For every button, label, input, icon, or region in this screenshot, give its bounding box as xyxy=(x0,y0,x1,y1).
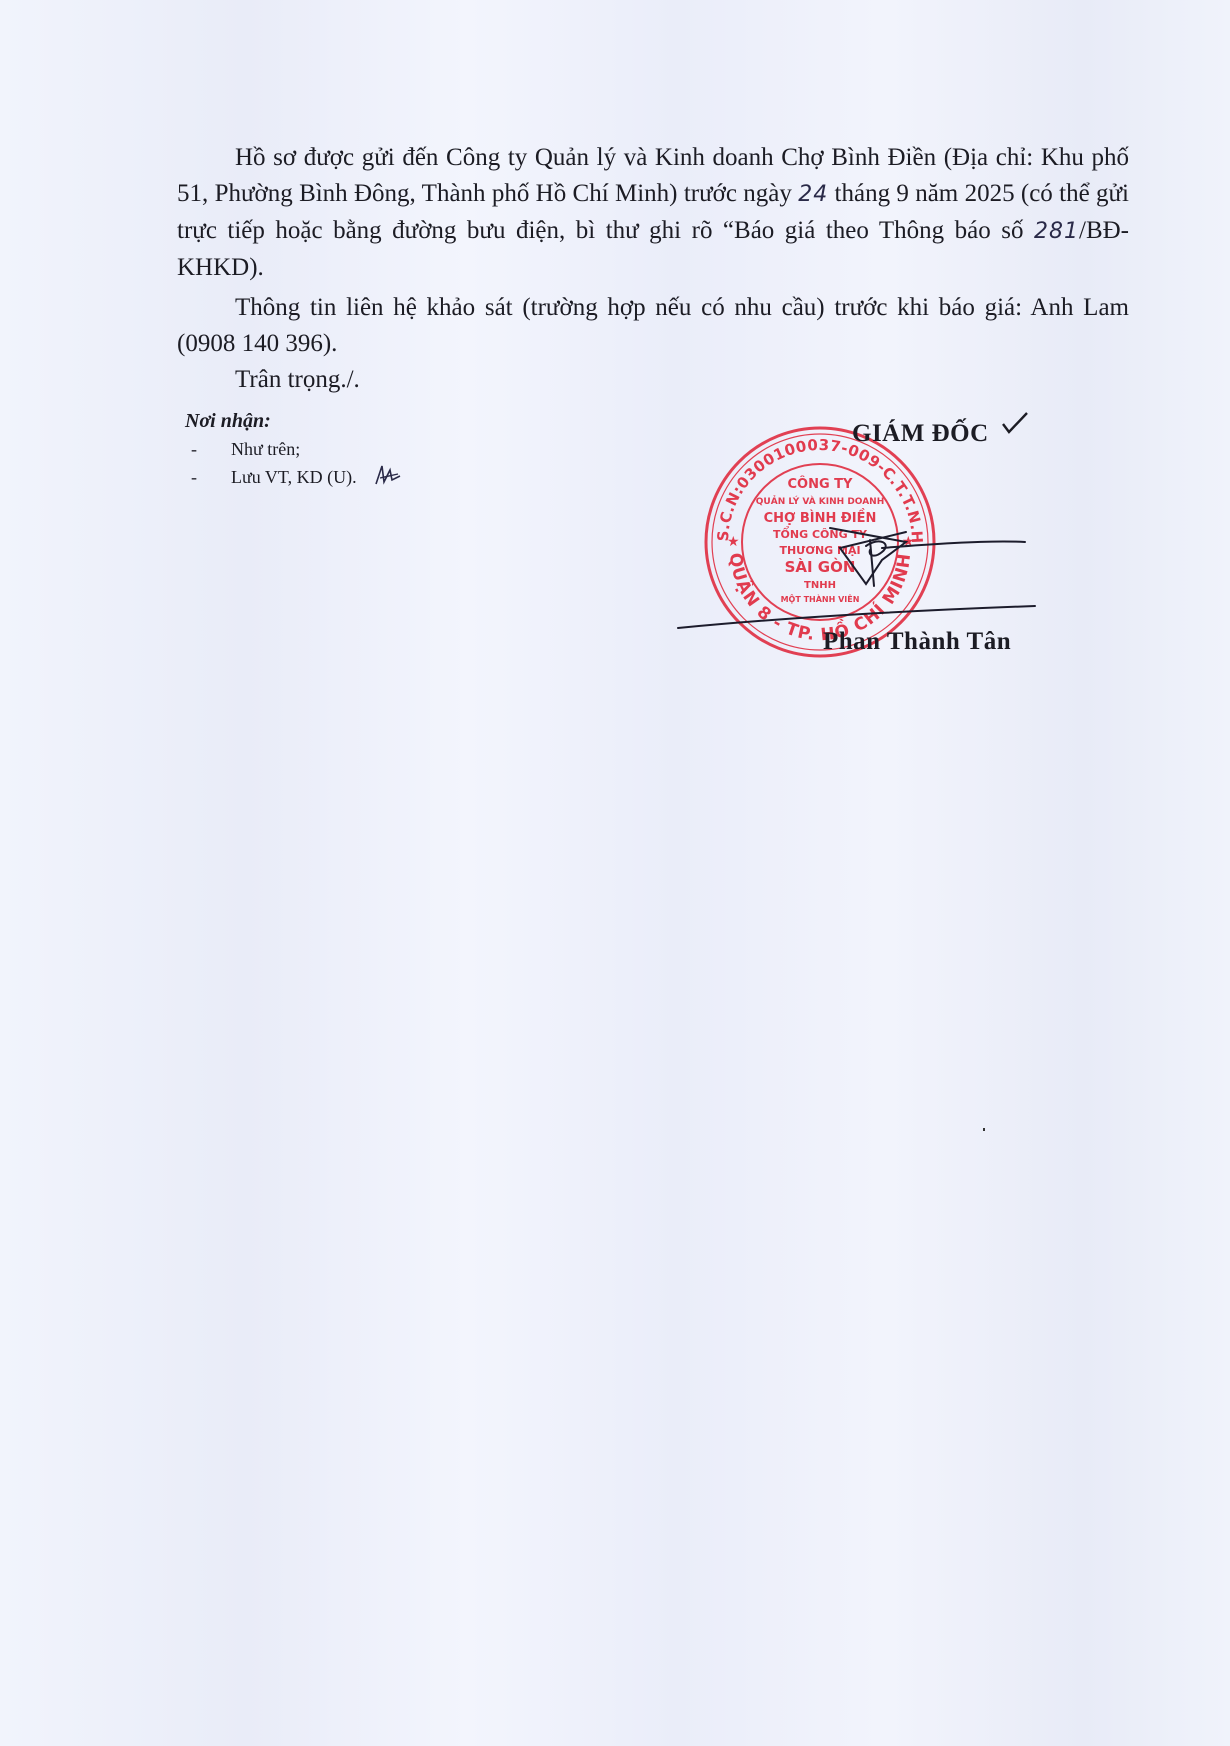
recipients-title: Nơi nhận: xyxy=(185,410,357,433)
recipient-item: -Như trên; xyxy=(185,435,357,463)
signer-name: Phan Thành Tân xyxy=(823,628,1011,656)
handwritten-day: 24 xyxy=(798,182,828,207)
stamp-line: CÔNG TY xyxy=(788,476,854,492)
signer-title: GIÁM ĐỐC xyxy=(852,420,989,448)
contact-text: Thông tin liên hệ khảo sát (trường hợp n… xyxy=(177,294,1129,357)
handwritten-notice-number: 281 xyxy=(1034,219,1079,244)
recipient-label: Như trên; xyxy=(231,435,300,463)
checkmark-icon xyxy=(1000,410,1030,436)
recipient-item: -Lưu VT, KD (U). xyxy=(185,463,357,491)
bullet-dash: - xyxy=(185,463,231,491)
handwritten-initials-icon xyxy=(372,462,402,490)
recipient-label: Lưu VT, KD (U). xyxy=(231,463,357,491)
document-page: Hồ sơ được gửi đến Công ty Quản lý và Ki… xyxy=(0,0,1230,1746)
recipients-block: Nơi nhận: -Như trên; -Lưu VT, KD (U). xyxy=(185,410,357,491)
stamp-line: QUẢN LÝ VÀ KINH DOANH xyxy=(756,495,884,507)
contact-paragraph: Thông tin liên hệ khảo sát (trường hợp n… xyxy=(177,290,1129,362)
closing-text: Trân trọng./. xyxy=(235,366,360,393)
scan-speck xyxy=(983,1128,985,1131)
bullet-dash: - xyxy=(185,435,231,463)
closing-paragraph: Trân trọng./. xyxy=(177,362,1129,398)
submission-paragraph: Hồ sơ được gửi đến Công ty Quản lý và Ki… xyxy=(177,140,1129,286)
